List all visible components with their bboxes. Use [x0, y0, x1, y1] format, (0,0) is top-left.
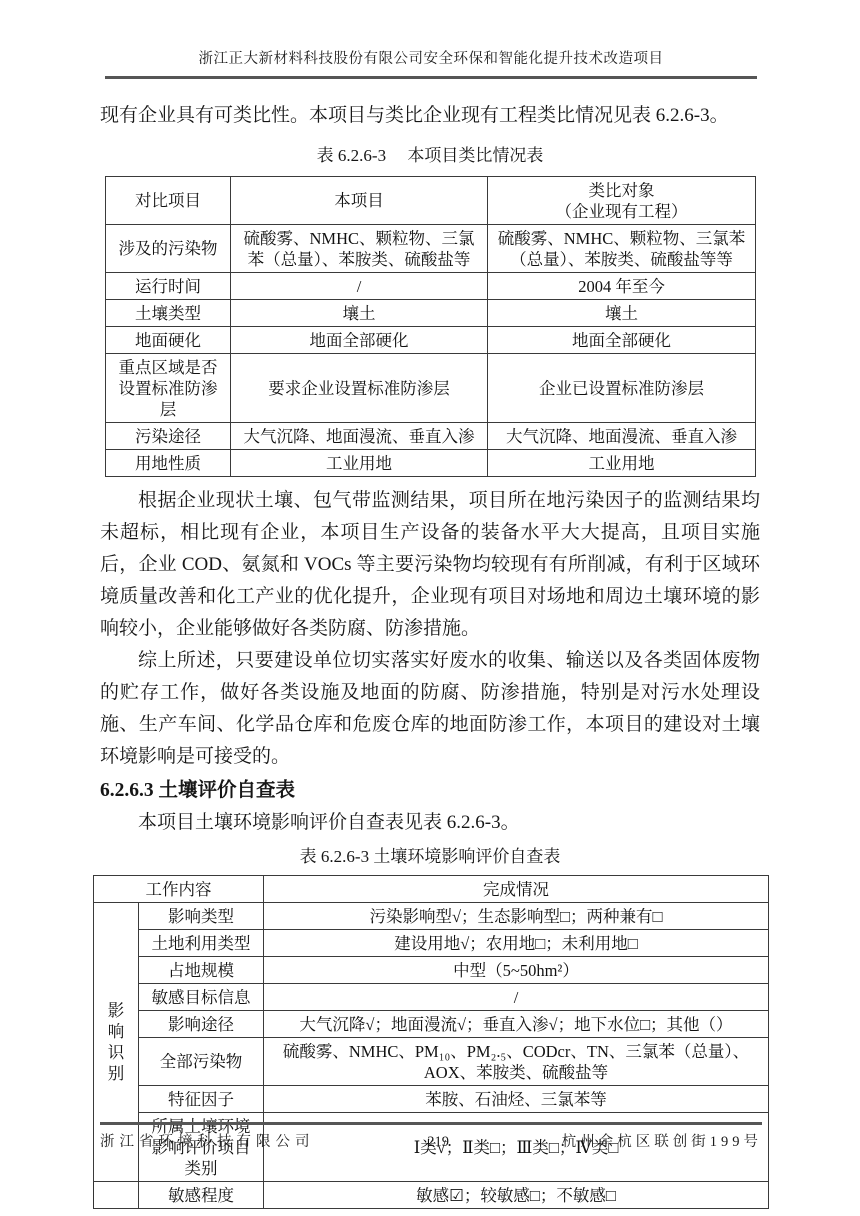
row-header-cell: 涉及的污染物 [106, 225, 231, 273]
row-header-cell: 用地性质 [106, 450, 231, 477]
row-header-cell: 特征因子 [139, 1086, 264, 1113]
row-header-cell: 占地规模 [139, 957, 264, 984]
table-row: 影响途径 大气沉降√；地面漫流√；垂直入渗√；地下水位□；其他（） [94, 1011, 769, 1038]
table-cell: 工业用地 [231, 450, 488, 477]
table-cell: 地面全部硬化 [488, 327, 756, 354]
column-header-cell: 工作内容 [94, 876, 264, 903]
table-cell: 要求企业设置标准防渗层 [231, 354, 488, 423]
table-cell: 敏感☑；较敏感□；不敏感□ [264, 1182, 769, 1209]
table-row: 运行时间 / 2004 年至今 [106, 273, 756, 300]
header-rule [105, 76, 757, 79]
table-row: 敏感程度 敏感☑；较敏感□；不敏感□ [94, 1182, 769, 1209]
row-header-cell: 土壤类型 [106, 300, 231, 327]
page-footer: 浙江省环境科技有限公司 219 杭州余杭区联创街199号 [100, 1130, 762, 1151]
monitoring-paragraph: 根据企业现状土壤、包气带监测结果，项目所在地污染因子的监测结果均未超标，相比现有… [100, 485, 760, 645]
table1-title: 表 6.2.6-3 本项目类比情况表 [100, 144, 760, 168]
page-content: 现有企业具有可类比性。本项目与类比企业现有工程类比情况见表 6.2.6-3。 表… [100, 100, 760, 1209]
table-cell: 大气沉降√；地面漫流√；垂直入渗√；地下水位□；其他（） [264, 1011, 769, 1038]
table-row: 涉及的污染物 硫酸雾、NMHC、颗粒物、三氯苯（总量）、苯胺类、硫酸盐等 硫酸雾… [106, 225, 756, 273]
self-check-table: 工作内容 完成情况 影响 识别 影响类型 污染影响型√；生态影响型□；两种兼有□… [93, 875, 769, 1209]
row-header-cell: 全部污染物 [139, 1038, 264, 1086]
row-header-cell: 重点区域是否设置标准防渗层 [106, 354, 231, 423]
comparison-table: 对比项目 本项目 类比对象 （企业现有工程） 涉及的污染物 硫酸雾、NMHC、颗… [105, 176, 756, 477]
row-header-cell: 影响类型 [139, 903, 264, 930]
intro-paragraph: 现有企业具有可类比性。本项目与类比企业现有工程类比情况见表 6.2.6-3。 [100, 100, 760, 132]
row-header-cell: 运行时间 [106, 273, 231, 300]
footer-company: 浙江省环境科技有限公司 [100, 1130, 315, 1151]
row-header-cell: 污染途径 [106, 423, 231, 450]
column-header-cell: 完成情况 [264, 876, 769, 903]
row-header-cell: 影响途径 [139, 1011, 264, 1038]
footer-rule [100, 1122, 762, 1125]
table-cell: 大气沉降、地面漫流、垂直入渗 [488, 423, 756, 450]
row-header-cell: 地面硬化 [106, 327, 231, 354]
footer-address: 杭州余杭区联创街199号 [562, 1130, 762, 1151]
table-cell: 2004 年至今 [488, 273, 756, 300]
table-cell: 硫酸雾、NMHC、PM₁₀、PM₂.₅、CODcr、TN、三氯苯（总量）、AOX… [264, 1038, 769, 1086]
document-page: 浙江正大新材料科技股份有限公司安全环保和智能化提升技术改造项目 现有企业具有可类… [0, 0, 860, 1216]
table-row: 地面硬化 地面全部硬化 地面全部硬化 [106, 327, 756, 354]
page-header-title: 浙江正大新材料科技股份有限公司安全环保和智能化提升技术改造项目 [105, 47, 757, 68]
table-row: 用地性质 工业用地 工业用地 [106, 450, 756, 477]
table-cell: 工业用地 [488, 450, 756, 477]
table-cell: 硫酸雾、NMHC、颗粒物、三氯苯（总量）、苯胺类、硫酸盐等 [231, 225, 488, 273]
column-header-cell: 本项目 [231, 177, 488, 225]
row-header-cell: 敏感程度 [139, 1182, 264, 1209]
table-cell: 地面全部硬化 [231, 327, 488, 354]
table-row: 土壤类型 壤土 壤土 [106, 300, 756, 327]
table-row: 占地规模 中型（5~50hm²） [94, 957, 769, 984]
table-row: 影响 识别 影响类型 污染影响型√；生态影响型□；两种兼有□ [94, 903, 769, 930]
selfcheck-intro-paragraph: 本项目土壤环境影响评价自查表见表 6.2.6-3。 [100, 807, 760, 839]
table-cell: / [231, 273, 488, 300]
table-cell: 壤土 [231, 300, 488, 327]
table-row: 特征因子 苯胺、石油烃、三氯苯等 [94, 1086, 769, 1113]
table-cell: 企业已设置标准防渗层 [488, 354, 756, 423]
footer-page-number: 219 [427, 1134, 449, 1151]
table-cell: 苯胺、石油烃、三氯苯等 [264, 1086, 769, 1113]
section-heading: 6.2.6.3 土壤评价自查表 [100, 775, 760, 807]
table-row: 敏感目标信息 / [94, 984, 769, 1011]
column-header-cell: 类比对象 （企业现有工程） [488, 177, 756, 225]
table-cell: 壤土 [488, 300, 756, 327]
table-row: 土地利用类型 建设用地√；农用地□；未利用地□ [94, 930, 769, 957]
table-row: 重点区域是否设置标准防渗层 要求企业设置标准防渗层 企业已设置标准防渗层 [106, 354, 756, 423]
table-row: 对比项目 本项目 类比对象 （企业现有工程） [106, 177, 756, 225]
table-cell: 中型（5~50hm²） [264, 957, 769, 984]
table-cell: 污染影响型√；生态影响型□；两种兼有□ [264, 903, 769, 930]
table-row: 全部污染物 硫酸雾、NMHC、PM₁₀、PM₂.₅、CODcr、TN、三氯苯（总… [94, 1038, 769, 1086]
row-header-cell: 敏感目标信息 [139, 984, 264, 1011]
table2-title: 表 6.2.6-3 土壤环境影响评价自查表 [100, 845, 760, 869]
table-cell: / [264, 984, 769, 1011]
table-cell: 大气沉降、地面漫流、垂直入渗 [231, 423, 488, 450]
column-header-cell: 对比项目 [106, 177, 231, 225]
row-header-cell: 土地利用类型 [139, 930, 264, 957]
table-row: 工作内容 完成情况 [94, 876, 769, 903]
table-row: 污染途径 大气沉降、地面漫流、垂直入渗 大气沉降、地面漫流、垂直入渗 [106, 423, 756, 450]
table-cell: 建设用地√；农用地□；未利用地□ [264, 930, 769, 957]
table-cell: 硫酸雾、NMHC、颗粒物、三氯苯（总量）、苯胺类、硫酸盐等等 [488, 225, 756, 273]
conclusion-paragraph: 综上所述，只要建设单位切实落实好废水的收集、输送以及各类固体废物的贮存工作，做好… [100, 645, 760, 773]
